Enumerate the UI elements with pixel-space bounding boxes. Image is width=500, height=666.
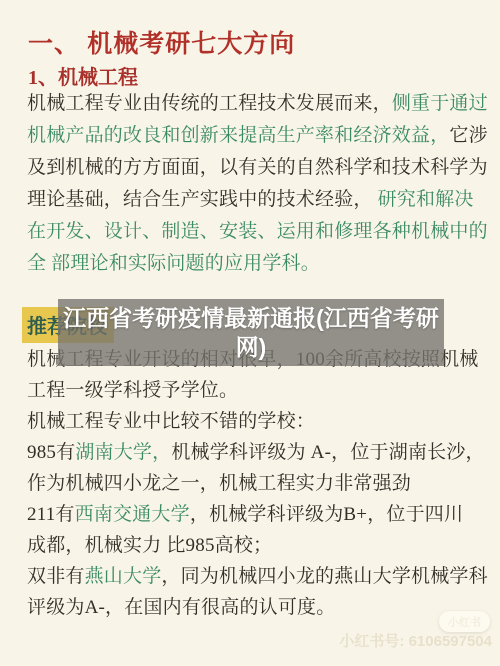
text-line: 及到机械的方方面面，以有关的自然科学和技术科学为	[27, 152, 480, 184]
xiaohongshu-badge: 小红书	[439, 611, 490, 632]
text-line: 理论基础，结合生产实践中的技术经验， 研究和解决	[27, 184, 480, 216]
watermark-id: 小红书号: 6106597504	[339, 630, 492, 651]
text-line: 在开发、设计、制造、安装、运用和修理各种机械中的	[27, 216, 480, 248]
text-line: 全 部理论和实际问题的应用学科。	[27, 248, 480, 280]
text-line: 成都，机械实力 比985高校；	[27, 530, 480, 561]
text-line: 985有湖南大学，机械学科评级为 A-，位于湖南长沙，	[27, 437, 480, 468]
overlay-title-line2: 网)	[236, 333, 267, 362]
note-page: 一、 机械考研七大方向 1、机械工程 机械工程专业由传统的工程技术发展而来，侧重…	[0, 0, 500, 666]
overlay-title-banner: 江西省考研疫情最新通报(江西省考研 网)	[58, 299, 444, 366]
overlay-title-line1: 江西省考研疫情最新通报(江西省考研	[63, 304, 439, 333]
main-heading: 一、 机械考研七大方向	[28, 24, 295, 60]
text-line: 211有西南交通大学，机械学科评级为B+，位于四川	[27, 499, 480, 530]
text-line: 双非有燕山大学，同为机械四小龙的燕山大学机械学科	[27, 561, 480, 592]
section-heading: 1、机械工程	[28, 61, 138, 90]
text-line: 工程一级学科授予学位。	[27, 375, 480, 406]
text-line: 机械工程专业中比较不错的学校：	[27, 406, 480, 437]
text-line: 机械工程专业由传统的工程技术发展而来，侧重于通过	[27, 88, 480, 120]
text-line: 作为机械四小龙之一，机械工程实力非常强劲	[27, 468, 480, 499]
text-line: 机械产品的改良和创新来提高生产率和经济效益，它涉	[27, 120, 480, 152]
paragraph-intro: 机械工程专业由传统的工程技术发展而来，侧重于通过机械产品的改良和创新来提高生产率…	[27, 88, 480, 280]
paragraph-schools: 机械工程专业开设的相对很早，100余所高校按照机械工程一级学科授予学位。机械工程…	[27, 344, 480, 623]
text-line: 评级为A-，在国内有很高的认可度。	[27, 592, 480, 623]
